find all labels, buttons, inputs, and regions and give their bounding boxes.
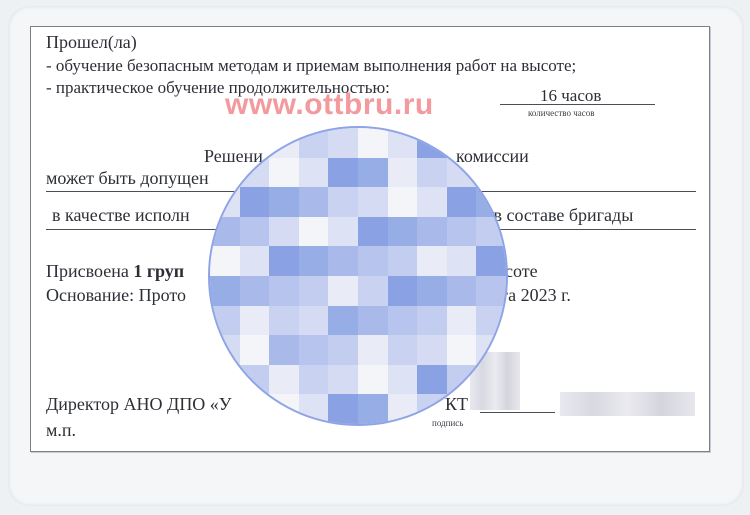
training-item-safety: - обучение безопасным методам и приемам … — [46, 56, 576, 76]
hours-value: 16 часов — [540, 86, 601, 106]
director-text-left: Директор АНО ДПО «У — [46, 394, 232, 415]
basis-text-left: Основание: Прото — [46, 285, 186, 306]
redacted-stamp-seal — [210, 128, 506, 424]
pixelated-blur — [210, 128, 506, 424]
assigned-text-right: соте — [505, 261, 538, 282]
assigned-text-left: Присвоена 1 груп — [46, 261, 184, 282]
assigned-prefix: Присвоена — [46, 261, 133, 281]
assigned-group: 1 груп — [133, 261, 184, 281]
role-text-left: в качестве исполн — [52, 205, 190, 226]
redacted-director-name — [560, 392, 695, 416]
passed-heading: Прошел(ла) — [46, 32, 137, 53]
admitted-text: может быть допущен — [46, 168, 209, 189]
basis-text-right: та 2023 г. — [500, 285, 571, 306]
hours-caption: количество часов — [528, 108, 594, 118]
stamp-place: м.п. — [46, 420, 76, 441]
watermark: www.ottbru.ru — [225, 88, 434, 122]
hours-underline — [500, 104, 655, 105]
